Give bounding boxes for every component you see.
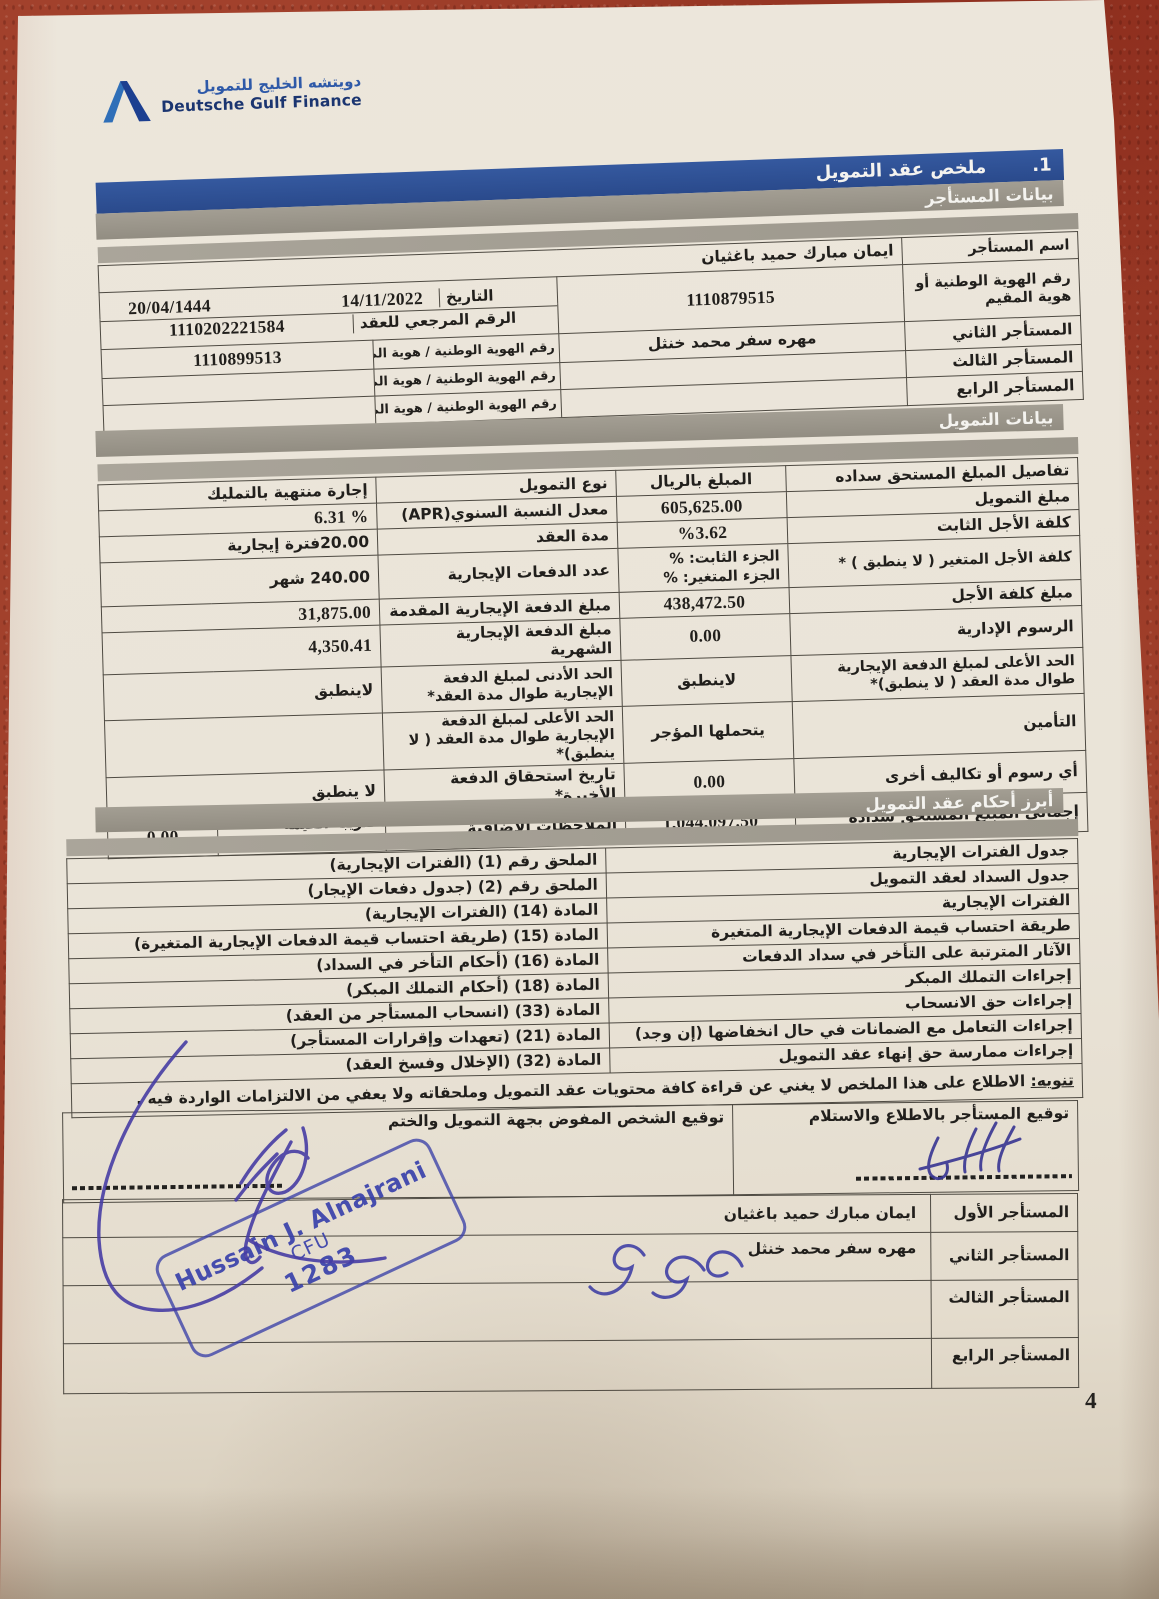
value-cell: الجزء الثابت: % الجزء المتغير: % [618,544,789,593]
page-number: 4 [1085,1388,1097,1414]
document-page: دويتشه الخليج للتمويل Deutsche Gulf Fina… [0,0,1159,1599]
value-cell: ايمان مبارك حميد باغثيان [63,1194,931,1237]
value-cell: 240.00 شهر [100,555,379,607]
value-cell: 0.00 [620,614,791,660]
photo-background: دويتشه الخليج للتمويل Deutsche Gulf Fina… [0,0,1159,1599]
label-cell: الحد الأعلى لمبلغ الدفعة الإيجارية طوال … [382,706,624,770]
date-gregorian: 14/11/2022 [341,288,423,313]
label-cell: مبلغ الدفعة الإيجارية الشهرية [380,618,621,666]
value-cell: يتحملها المؤجر [622,701,794,763]
funder-signature-header: توقيع الشخص المفوض بجهة التمويل والختم [71,1108,724,1135]
label-cell: التاريخ [439,284,558,307]
value-cell [104,713,383,778]
variable-part-label: الجزء المتغير: % [627,566,780,588]
lessee-signature-header: توقيع المستأجر بالاطلاع والاستلام [741,1104,1069,1127]
label-cell: الحد الأدنى لمبلغ الدفعة الإيجارية طوال … [381,660,622,713]
value-cell: لاينطبق [103,667,382,721]
notice-label: تنويه: [1030,1071,1074,1090]
brand-english: Deutsche Gulf Finance [161,91,362,116]
label-cell: المستأجر الثالث [931,1280,1078,1339]
signature-dotted-line [72,1184,282,1191]
label-cell: المستأجر الرابع [907,371,1084,405]
lessee-table: اسم المستأجر ايمان مبارك حميد باغثيان رق… [98,231,1084,434]
title-number: 1. [1032,154,1052,176]
value-cell: لاينطبق [621,655,792,706]
label-cell: المستأجر الأول [931,1194,1078,1233]
terms-table: جدول الفترات الإيجاريةالملحق رقم (1) (ال… [66,838,1083,1118]
dgf-logo-icon [100,77,152,123]
signature-table: توقيع المستأجر بالاطلاع والاستلام توقيع … [62,1100,1079,1203]
label-cell: رقم الهوية الوطنية أو هوية المقيم [903,259,1081,322]
page-title: ملخص عقد التمويل [815,157,986,184]
label-cell: الرقم المرجعي للعقد [352,307,558,333]
lessee-signature-cell: توقيع المستأجر بالاطلاع والاستلام [733,1101,1079,1195]
label-cell: التأمين [792,693,1085,759]
label-cell: عدد الدفعات الإيجارية [378,548,619,599]
label-cell: المستأجر الرابع [931,1338,1078,1389]
label-cell: المستأجر الثاني [931,1232,1078,1281]
table-row: توقيع المستأجر بالاطلاع والاستلام توقيع … [63,1101,1079,1203]
label-cell: الحد الأعلى لمبلغ الدفعة الإيجارية طوال … [791,647,1084,701]
date-hijri: 20/04/1444 [128,295,211,320]
dgf-logo: دويتشه الخليج للتمويل Deutsche Gulf Fina… [100,70,362,123]
signature-dotted-line [856,1174,1072,1181]
